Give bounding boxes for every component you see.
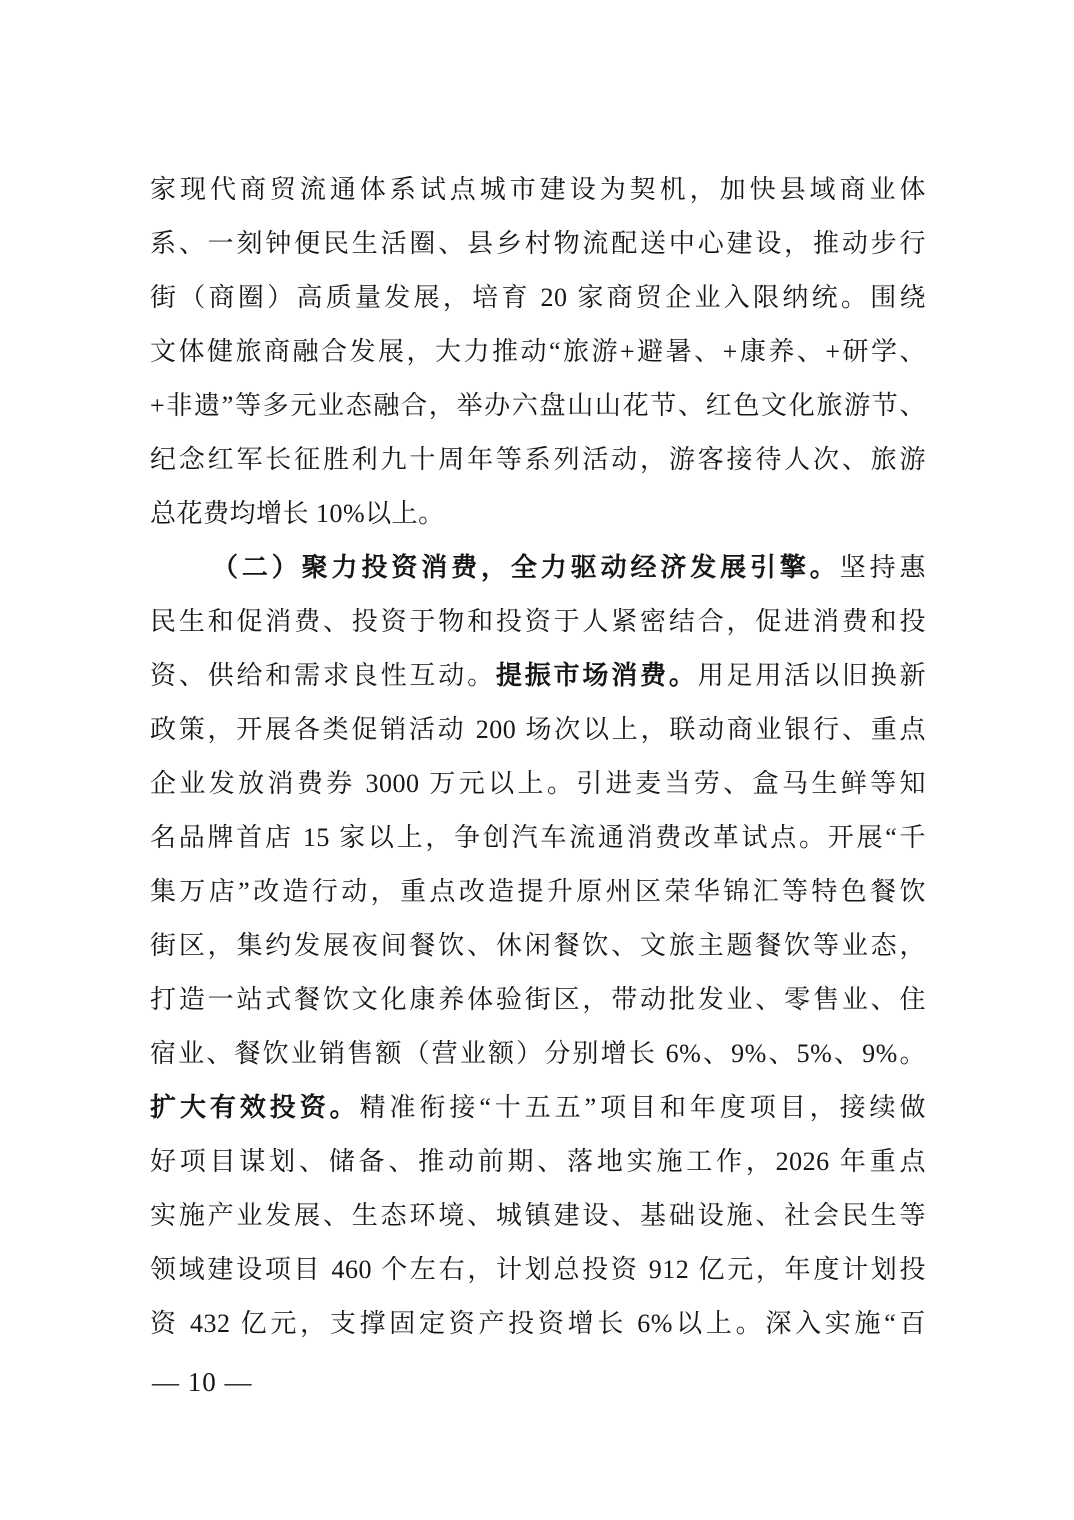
text-line: 系、一刻钟便民生活圈、县乡村物流配送中心建设，推动步行 <box>150 217 926 271</box>
text-segment: 文体健旅商融合发展，大力推动“旅游+避暑、+康养、+研学、 <box>150 337 926 366</box>
text-line: 集万店”改造行动，重点改造提升原州区荣华锦汇等特色餐饮 <box>150 865 926 919</box>
text-line: 纪念红军长征胜利九十周年等系列活动，游客接待人次、旅游 <box>150 433 926 487</box>
text-segment: 好项目谋划、储备、推动前期、落地实施工作，2026 年重点 <box>150 1147 926 1176</box>
text-line: +非遗”等多元业态融合，举办六盘山山花节、红色文化旅游节、 <box>150 379 926 433</box>
text-segment: 家现代商贸流通体系试点城市建设为契机，加快县域商业体 <box>150 175 926 204</box>
text-line: （二）聚力投资消费，全力驱动经济发展引擎。坚持惠 <box>150 541 926 595</box>
text-line: 打造一站式餐饮文化康养体验街区，带动批发业、零售业、住 <box>150 973 926 1027</box>
text-segment: 总花费均增长 10%以上。 <box>150 499 445 528</box>
text-line: 家现代商贸流通体系试点城市建设为契机，加快县域商业体 <box>150 163 926 217</box>
text-segment: 用足用活以旧换新 <box>698 661 926 690</box>
text-segment: 实施产业发展、生态环境、城镇建设、基础设施、社会民生等 <box>150 1201 926 1230</box>
text-line: 街（商圈）高质量发展，培育 20 家商贸企业入限纳统。围绕 <box>150 271 926 325</box>
text-line: 领域建设项目 460 个左右，计划总投资 912 亿元，年度计划投 <box>150 1243 926 1297</box>
text-line: 街区，集约发展夜间餐饮、休闲餐饮、文旅主题餐饮等业态， <box>150 919 926 973</box>
text-segment: 精准衔接“十五五”项目和年度项目，接续做 <box>360 1093 926 1122</box>
text-line: 政策，开展各类促销活动 200 场次以上，联动商业银行、重点 <box>150 703 926 757</box>
text-line: 宿业、餐饮业销售额（营业额）分别增长 6%、9%、5%、9%。 <box>150 1027 926 1081</box>
text-segment: 政策，开展各类促销活动 200 场次以上，联动商业银行、重点 <box>150 715 926 744</box>
text-line: 总花费均增长 10%以上。 <box>150 487 926 541</box>
text-segment: 企业发放消费券 3000 万元以上。引进麦当劳、盒马生鲜等知 <box>150 769 926 798</box>
text-segment: 坚持惠 <box>840 553 926 582</box>
text-line: 资 432 亿元，支撑固定资产投资增长 6%以上。深入实施“百 <box>150 1297 926 1351</box>
bold-text-segment: 提振市场消费。 <box>496 661 698 690</box>
text-line: 扩大有效投资。精准衔接“十五五”项目和年度项目，接续做 <box>150 1081 926 1135</box>
document-body: 家现代商贸流通体系试点城市建设为契机，加快县域商业体系、一刻钟便民生活圈、县乡村… <box>150 163 926 1351</box>
text-segment: 民生和促消费、投资于物和投资于人紧密结合，促进消费和投 <box>150 607 926 636</box>
text-segment: +非遗”等多元业态融合，举办六盘山山花节、红色文化旅游节、 <box>150 391 926 420</box>
text-line: 好项目谋划、储备、推动前期、落地实施工作，2026 年重点 <box>150 1135 926 1189</box>
text-segment: 纪念红军长征胜利九十周年等系列活动，游客接待人次、旅游 <box>150 445 926 474</box>
text-segment: 领域建设项目 460 个左右，计划总投资 912 亿元，年度计划投 <box>150 1255 926 1284</box>
text-line: 资、供给和需求良性互动。提振市场消费。用足用活以旧换新 <box>150 649 926 703</box>
text-segment: 集万店”改造行动，重点改造提升原州区荣华锦汇等特色餐饮 <box>150 877 926 906</box>
page-number: — 10 — <box>152 1362 253 1402</box>
text-line: 名品牌首店 15 家以上，争创汽车流通消费改革试点。开展“千 <box>150 811 926 865</box>
text-segment: 宿业、餐饮业销售额（营业额）分别增长 6%、9%、5%、9%。 <box>150 1039 926 1068</box>
bold-text-segment: 扩大有效投资。 <box>150 1093 360 1122</box>
text-segment: 资 432 亿元，支撑固定资产投资增长 6%以上。深入实施“百 <box>150 1309 926 1338</box>
text-line: 企业发放消费券 3000 万元以上。引进麦当劳、盒马生鲜等知 <box>150 757 926 811</box>
text-line: 实施产业发展、生态环境、城镇建设、基础设施、社会民生等 <box>150 1189 926 1243</box>
document-page: 家现代商贸流通体系试点城市建设为契机，加快县域商业体系、一刻钟便民生活圈、县乡村… <box>0 0 1074 1520</box>
text-segment: 街（商圈）高质量发展，培育 20 家商贸企业入限纳统。围绕 <box>150 283 926 312</box>
text-segment: 街区，集约发展夜间餐饮、休闲餐饮、文旅主题餐饮等业态， <box>150 931 926 960</box>
text-segment: 打造一站式餐饮文化康养体验街区，带动批发业、零售业、住 <box>150 985 926 1014</box>
bold-text-segment: （二）聚力投资消费，全力驱动经济发展引擎。 <box>212 553 840 582</box>
text-segment: 名品牌首店 15 家以上，争创汽车流通消费改革试点。开展“千 <box>150 823 926 852</box>
text-segment: 系、一刻钟便民生活圈、县乡村物流配送中心建设，推动步行 <box>150 229 926 258</box>
text-line: 民生和促消费、投资于物和投资于人紧密结合，促进消费和投 <box>150 595 926 649</box>
text-segment: 资、供给和需求良性互动。 <box>150 661 496 690</box>
text-line: 文体健旅商融合发展，大力推动“旅游+避暑、+康养、+研学、 <box>150 325 926 379</box>
